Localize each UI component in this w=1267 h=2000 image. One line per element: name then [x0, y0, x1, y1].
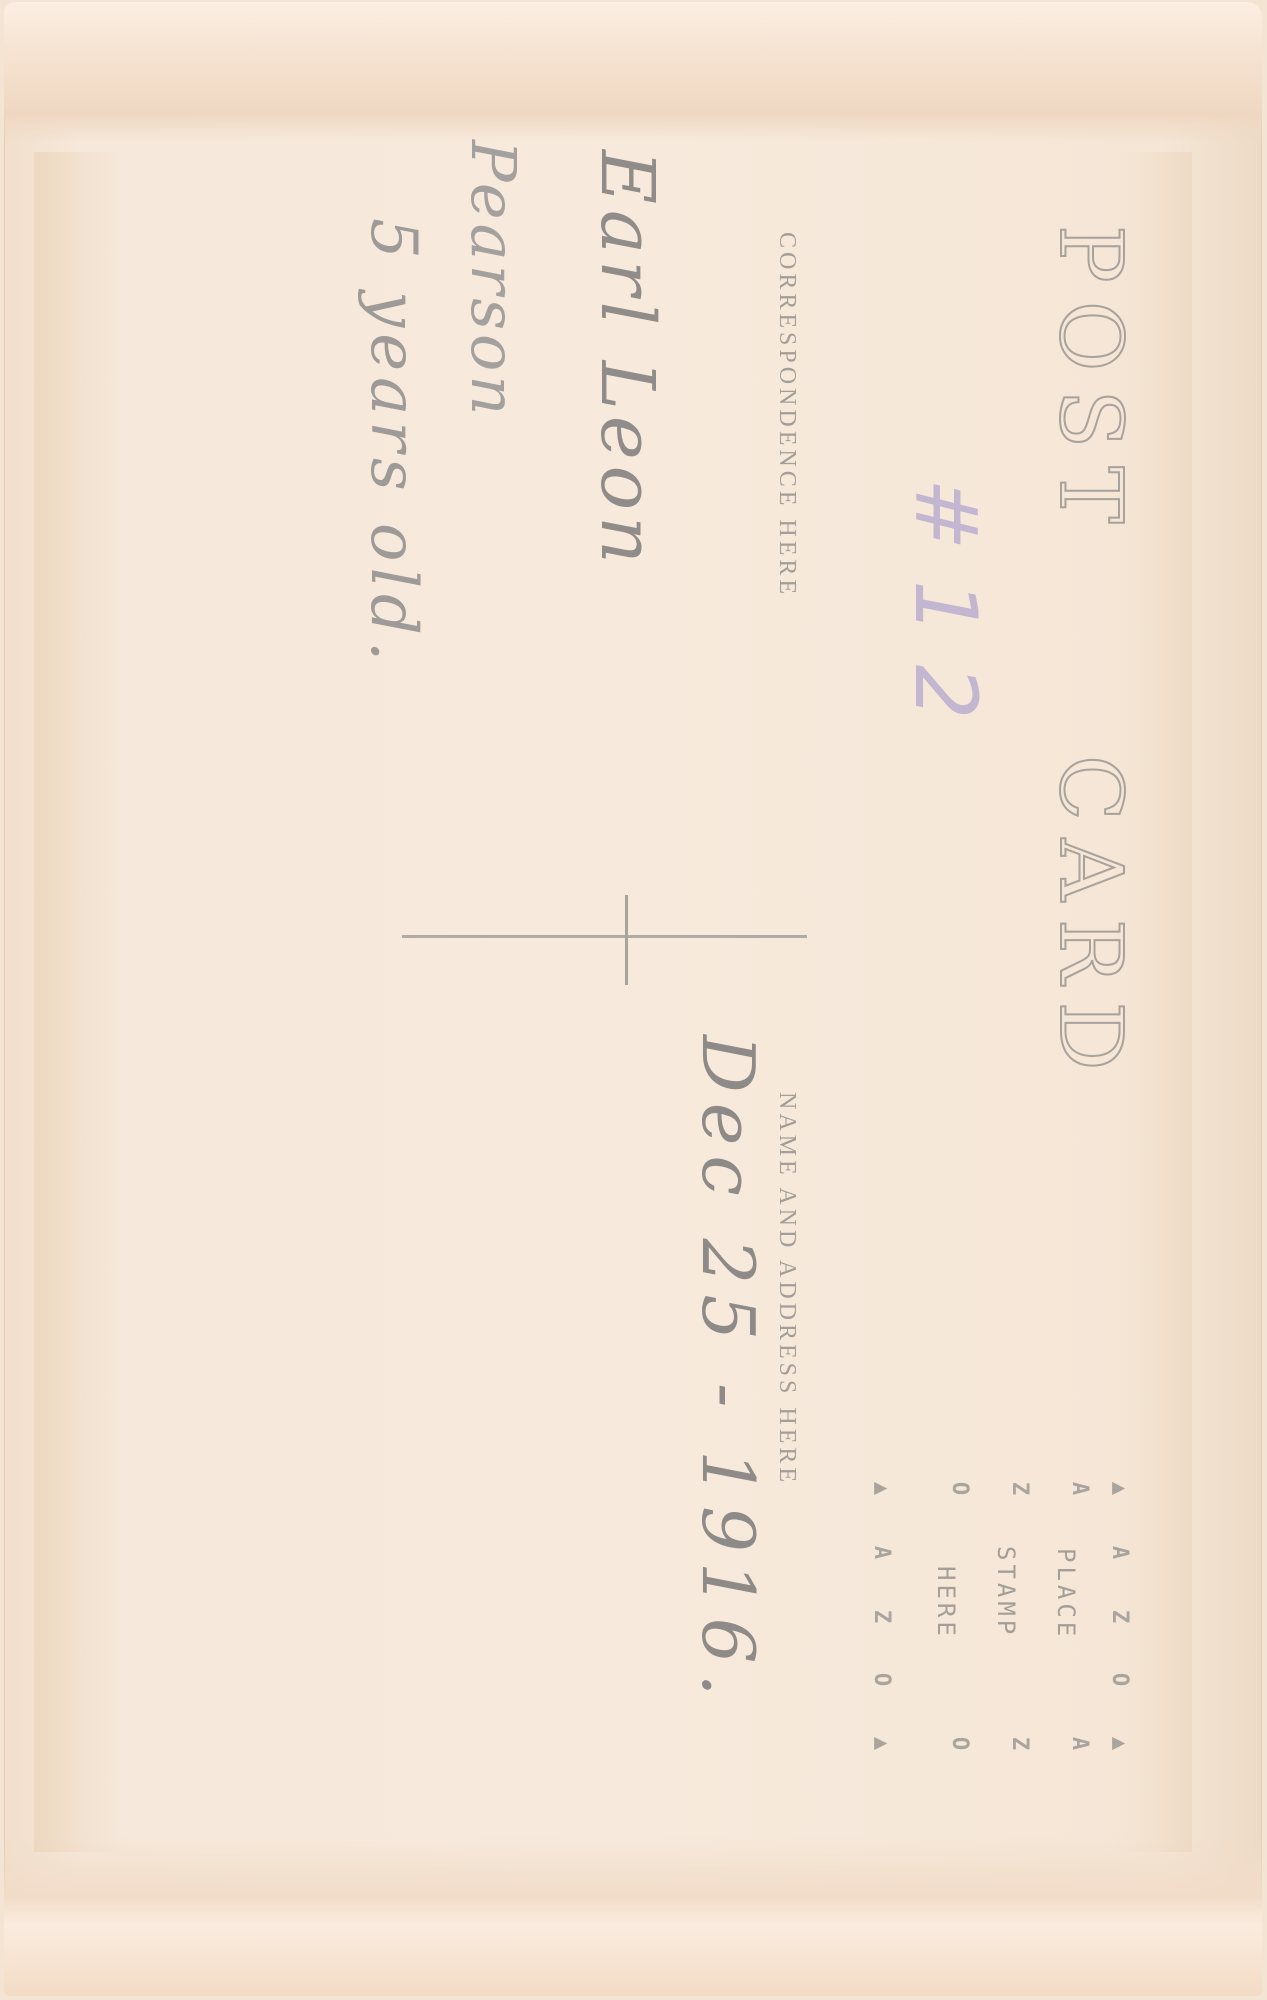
triangle-icon: A: [1068, 1737, 1093, 1750]
age-stain-left: [34, 152, 124, 1852]
top-curl-shading: [4, 2, 1262, 142]
triangle-icon: ▲: [870, 1482, 895, 1495]
bottom-curl-shading: [4, 1836, 1262, 1996]
address-label: NAME AND ADDRESS HERE: [773, 1092, 800, 1486]
stamp-text-stamp: STAMP: [992, 1546, 1020, 1638]
correspondence-label: CORRESPONDENCE HERE: [773, 232, 800, 598]
stamp-text-place: PLACE: [1052, 1548, 1080, 1640]
stamp-border-left: ▲ A Z O ▲: [862, 1476, 902, 1756]
postcard-title-post: POST: [1040, 225, 1140, 542]
handwritten-age: 5 years old.: [356, 218, 430, 667]
triangle-icon: ▲: [870, 1737, 895, 1750]
triangle-icon: ▲: [1108, 1482, 1133, 1495]
divider-vertical: [625, 895, 628, 985]
handwritten-date: Dec 25 - 1916.: [686, 1035, 770, 1706]
divider-horizontal: [402, 935, 807, 938]
purple-reference-mark: #12: [895, 478, 995, 750]
triangle-icon: A: [1068, 1482, 1093, 1495]
postcard-title-card: CARD: [1040, 755, 1140, 1089]
stamp-border-right: ▲ A Z O ▲: [1100, 1476, 1140, 1756]
stamp-text-here: HERE: [932, 1566, 960, 1640]
triangle-icon: ▲: [1108, 1737, 1133, 1750]
handwritten-name-line2: Pearson: [457, 140, 530, 419]
handwritten-name-line1: Earl Leon: [584, 150, 670, 570]
